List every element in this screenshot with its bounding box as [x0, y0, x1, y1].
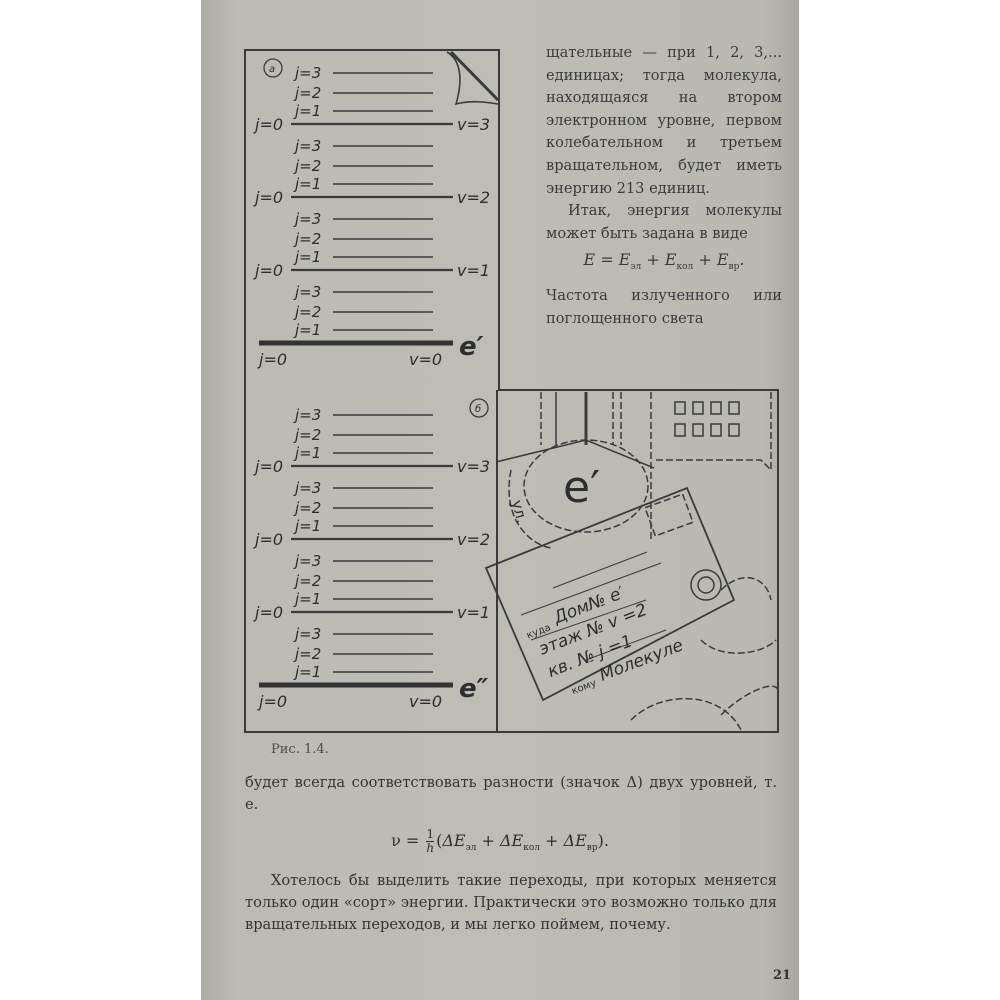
side-paragraph-3: Частота излученного или поглощенного све…	[546, 285, 782, 330]
eq-fraction: 1h	[426, 828, 434, 855]
rot-level-label: j=1	[293, 663, 321, 681]
vib-level-label: v=3	[457, 457, 490, 476]
eq-sub: вр	[587, 843, 598, 853]
rot-level-label: j=1	[293, 590, 321, 608]
formula-op: .	[739, 250, 744, 269]
vib-level-label: v=1	[457, 261, 490, 280]
formula-op: +	[693, 250, 717, 269]
vib-level-label: v=1	[457, 603, 490, 622]
panel-marker-label: б	[475, 403, 481, 415]
svg-text:кому: кому	[570, 678, 598, 697]
eq-op: +	[476, 831, 500, 850]
rot-level-label: j=2	[293, 157, 321, 175]
j0-label: j=0	[253, 457, 283, 476]
rot-level-label: j=2	[293, 230, 321, 248]
eq-term: ΔE	[500, 831, 523, 850]
rot-level-label: j=3	[293, 283, 321, 301]
eq-op: +	[540, 831, 564, 850]
book-page: j=3j=2j=1j=0v=3j=3j=2j=1j=0v=2j=3j=2j=1j…	[201, 0, 799, 1000]
j0-label: j=0	[253, 188, 283, 207]
j0-label: j=0	[253, 530, 283, 549]
eq-sub: кол	[523, 843, 540, 853]
panel-marker-label: а	[269, 64, 275, 75]
vib-level-label: v=3	[457, 115, 490, 134]
rot-level-label: j=2	[293, 84, 321, 102]
rot-level-label: j=3	[293, 479, 321, 497]
formula-term: E	[619, 250, 631, 269]
formula-sub: эл	[630, 263, 641, 273]
eq-sub: эл	[466, 843, 477, 853]
formula-op: +	[641, 250, 665, 269]
page-number: 21	[773, 968, 791, 983]
rot-level-label: j=2	[293, 303, 321, 321]
eq-numerator: 1	[426, 828, 434, 841]
rot-level-label: j=1	[293, 444, 321, 462]
side-paragraph-1: щательные — при 1, 2, 3,... единицах; то…	[546, 42, 782, 200]
j0-label: j=0	[257, 350, 287, 369]
electronic-level-label: e′	[459, 332, 484, 362]
vib-level-label: v=0	[409, 350, 442, 369]
vib-level-label: v=2	[457, 530, 490, 549]
body-paragraph-2: Хотелось бы выделить такие переходы, при…	[245, 870, 777, 936]
rot-level-label: j=3	[293, 552, 321, 570]
formula-term: E	[665, 250, 677, 269]
rot-level-label: j=2	[293, 645, 321, 663]
rot-level-label: j=3	[293, 406, 321, 424]
formula-op: =	[595, 250, 619, 269]
side-paragraph-2: Итак, энергия молекулы может быть задана…	[546, 200, 782, 245]
rot-level-label: j=1	[293, 102, 321, 120]
rot-level-label: j=2	[293, 499, 321, 517]
electronic-level-label: e″	[459, 674, 489, 704]
body-paragraph-1: будет всегда соответствовать разности (з…	[245, 772, 777, 816]
side-column-text: щательные — при 1, 2, 3,... единицах; то…	[546, 42, 782, 330]
j0-label: j=0	[253, 115, 283, 134]
energy-formula: E = Eэл + Eкол + Eвр.	[546, 249, 782, 279]
rot-level-label: j=3	[293, 64, 321, 82]
frequency-equation: ν = 1h(ΔEэл + ΔEкол + ΔEвр).	[201, 828, 799, 855]
house-label: e′	[563, 462, 600, 513]
rot-level-label: j=1	[293, 321, 321, 339]
eq-term: ΔE	[442, 831, 465, 850]
body-paragraph-1-text: будет всегда соответствовать разности (з…	[245, 772, 777, 816]
formula-sub: кол	[677, 263, 694, 273]
rot-level-label: j=1	[293, 517, 321, 535]
j0-label: j=0	[253, 261, 283, 280]
j0-label: j=0	[257, 692, 287, 711]
rot-level-label: j=2	[293, 426, 321, 444]
rot-level-label: j=3	[293, 625, 321, 643]
eq-term: ).	[598, 831, 609, 850]
body-paragraph-2-text: Хотелось бы выделить такие переходы, при…	[245, 870, 777, 936]
vib-level-label: v=0	[409, 692, 442, 711]
rot-level-label: j=2	[293, 572, 321, 590]
figure-caption: Рис. 1.4.	[271, 742, 329, 757]
rot-level-label: j=3	[293, 137, 321, 155]
eq-term: ΔE	[564, 831, 587, 850]
rot-level-label: j=3	[293, 210, 321, 228]
formula-term: E	[717, 250, 729, 269]
vib-level-label: v=2	[457, 188, 490, 207]
eq-term: ν =	[391, 831, 424, 850]
formula-sub: вр	[729, 263, 740, 273]
rot-level-label: j=1	[293, 175, 321, 193]
rot-level-label: j=1	[293, 248, 321, 266]
formula-term: E	[584, 250, 596, 269]
eq-denominator: h	[426, 841, 434, 855]
j0-label: j=0	[253, 603, 283, 622]
